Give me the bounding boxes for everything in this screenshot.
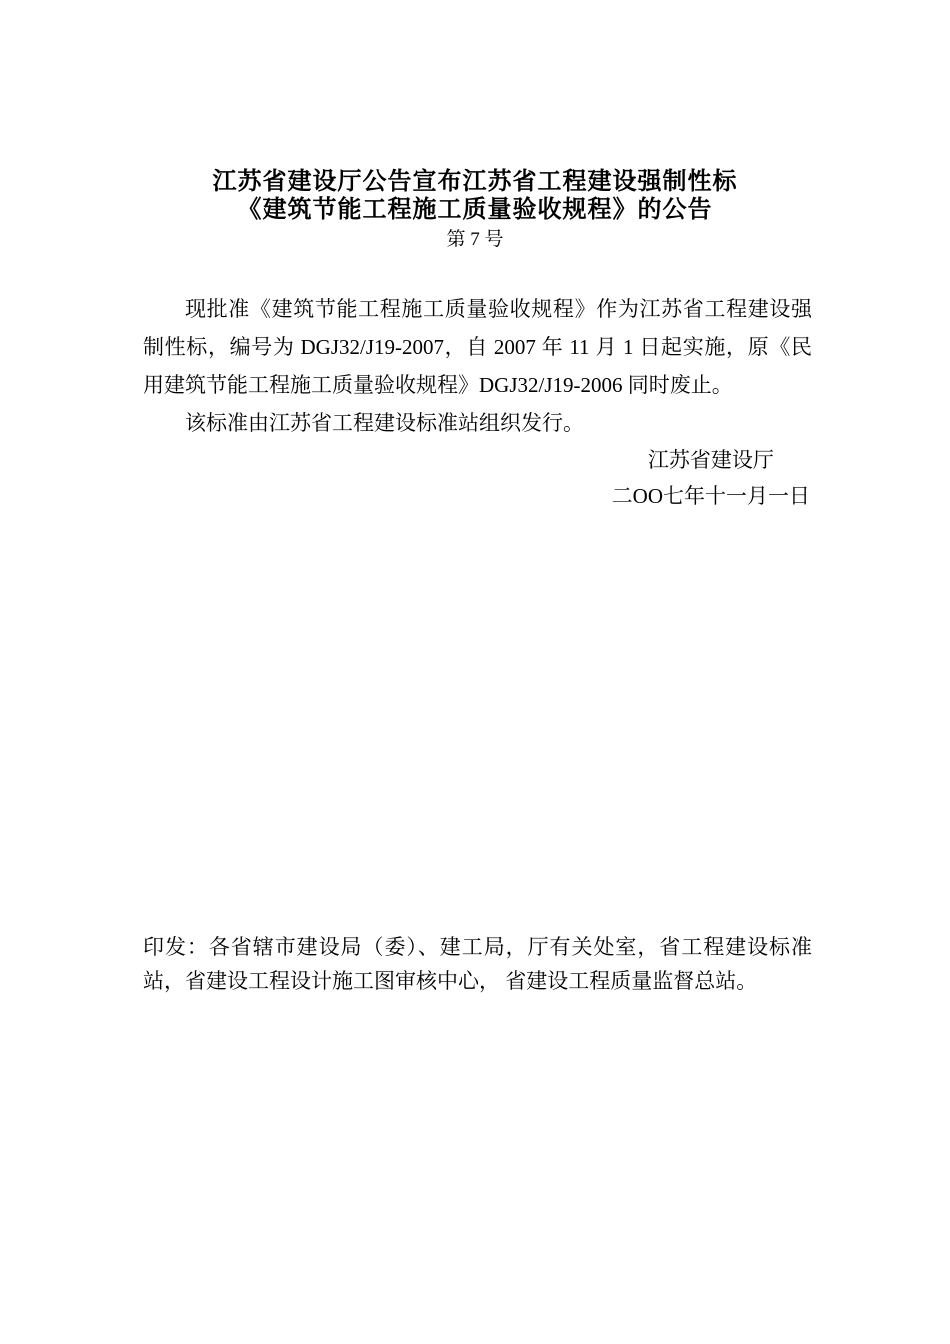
doc-number: 第 7 号 (0, 228, 950, 252)
document-page: 江苏省建设厅公告宣布江苏省工程建设强制性标 《建筑节能工程施工质量验收规程》的公… (0, 0, 950, 1344)
title-line-1: 江苏省建设厅公告宣布江苏省工程建设强制性标 (0, 168, 950, 196)
body-block: 现批准《建筑节能工程施工质量验收规程》作为江苏省工程建设强制性标，编号为 DGJ… (143, 290, 812, 514)
signature-block: 江苏省建设厅 二OO七年十一月一日 (612, 442, 810, 514)
paragraph-approval: 现批准《建筑节能工程施工质量验收规程》作为江苏省工程建设强制性标，编号为 DGJ… (143, 290, 812, 404)
distribution-note: 印发：各省辖市建设局（委）、建工局，厅有关处室，省工程建设标准站，省建设工程设计… (143, 930, 812, 998)
signature-issuer: 江苏省建设厅 (612, 442, 810, 478)
title-block: 江苏省建设厅公告宣布江苏省工程建设强制性标 《建筑节能工程施工质量验收规程》的公… (0, 168, 950, 252)
title-line-2: 《建筑节能工程施工质量验收规程》的公告 (0, 196, 950, 224)
paragraph-publisher: 该标准由江苏省工程建设标准站组织发行。 (143, 404, 812, 442)
signature-date: 二OO七年十一月一日 (612, 478, 810, 514)
